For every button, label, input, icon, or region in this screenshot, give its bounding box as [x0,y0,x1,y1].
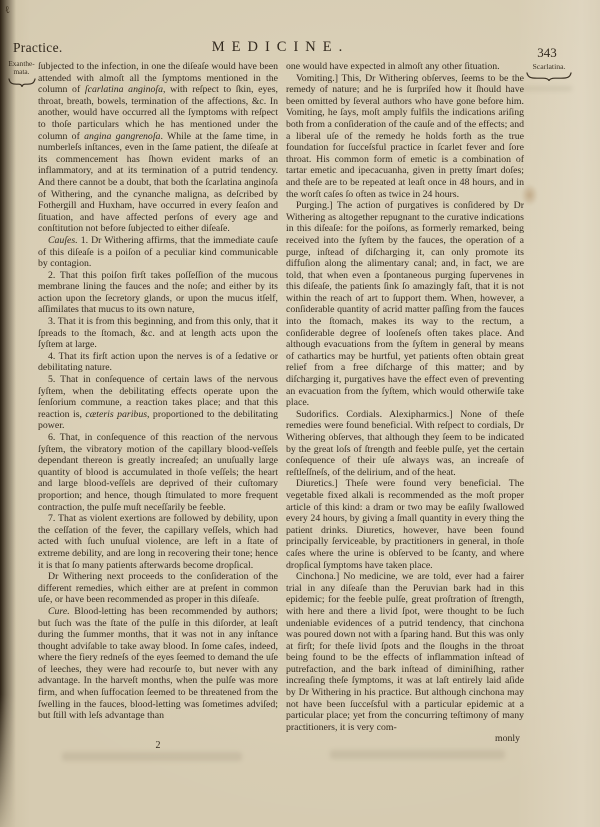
paragraph: one would have expected in almoſt any ot… [286,61,524,73]
underbrace-icon [526,72,572,81]
paragraph: ſubjected to the infection, in one the d… [38,61,278,235]
text-run: 2. That this poiſon firſt takes poſſeſſi… [38,270,278,316]
text-run: Blood-letting has been recommended by au… [38,606,278,721]
text-run: 4. That its firſt action upon the nerves… [38,351,278,374]
paragraph: 4. That its firſt action upon the nerves… [38,351,278,374]
page-number: 343 [517,45,577,61]
italic-text-run: Cure. [48,606,70,617]
text-run: 6. That, in conſequence of this reaction… [38,432,278,513]
paragraph: Vomiting.] This, Dr Withering obſerves, … [286,73,524,201]
signature-mark: 2 [150,740,166,751]
text-run: one would have expected in almoſt any ot… [286,61,500,72]
scanned-book-page: ℓ Practice. MEDICINE. 343 Exanthe- mata.… [0,0,600,827]
paragraph: Diuretics.] Theſe were found very benefi… [286,478,524,571]
paragraph: Cauſes. 1. Dr Withering affirms, that th… [38,235,278,270]
paragraph: Cure. Blood-letting has been recommended… [38,606,278,722]
text-run: . While at the ſame time, in numberleſs … [38,131,278,235]
paragraph: 5. That in conſequence of certain laws o… [38,374,278,432]
italic-text-run: ſcarlatina anginoſa [85,84,163,95]
text-column-right: one would have expected in almoſt any ot… [286,61,524,745]
paragraph: 6. That, in conſequence of this reaction… [38,432,278,513]
margin-note-left: Exanthe- mata. [3,60,40,87]
underbrace-icon [8,78,36,87]
text-run: Vomiting.] This, Dr Withering obſerves, … [286,73,524,200]
italic-text-run: angina gangrenoſa [84,131,160,142]
stray-ink-mark: ℓ [4,5,10,17]
paragraph: Cinchona.] No medicine, we are told, eve… [286,571,524,733]
gutter-shadow [0,0,16,827]
paragraph: Sudorifics. Cordials. Alexipharmics.] No… [286,409,524,479]
catchword: monly [286,733,524,745]
text-run: Cinchona.] No medicine, we are told, eve… [286,571,524,733]
paragraph: 2. That this poiſon firſt takes poſſeſſi… [38,270,278,316]
show-through-smudge [520,86,572,91]
margin-note-right-label: Scarlatina. [520,62,578,71]
text-run: 7. That as violent exertions are followe… [38,513,278,570]
margin-note-right: Scarlatina. [520,62,578,81]
italic-text-run: Cauſes. [48,235,78,246]
text-run: 3. That it is from this beginning, and f… [38,316,278,350]
page-heading: MEDICINE. [38,39,516,56]
paragraph: 3. That it is from this beginning, and f… [38,316,278,351]
margin-note-left-line2: mata. [3,68,40,76]
text-body: ſubjected to the infection, in one the d… [38,61,524,745]
paragraph: 7. That as violent exertions are followe… [38,513,278,571]
paper-fox-spot [521,184,538,206]
paragraph: Dr Withering next proceeds to the conſid… [38,571,278,606]
show-through-smudge [330,750,505,759]
text-run: Diuretics.] Theſe were found very benefi… [286,478,524,570]
italic-text-run: cæteris paribus [85,409,147,420]
paragraph: Purging.] The action of purgatives is co… [286,200,524,409]
text-run: Sudorifics. Cordials. Alexipharmics.] No… [286,409,524,478]
text-run: Purging.] The action of purgatives is co… [286,200,524,408]
show-through-smudge [62,752,242,761]
text-run: Dr Withering next proceeds to the conſid… [38,571,278,605]
text-column-left: ſubjected to the infection, in one the d… [38,61,278,745]
